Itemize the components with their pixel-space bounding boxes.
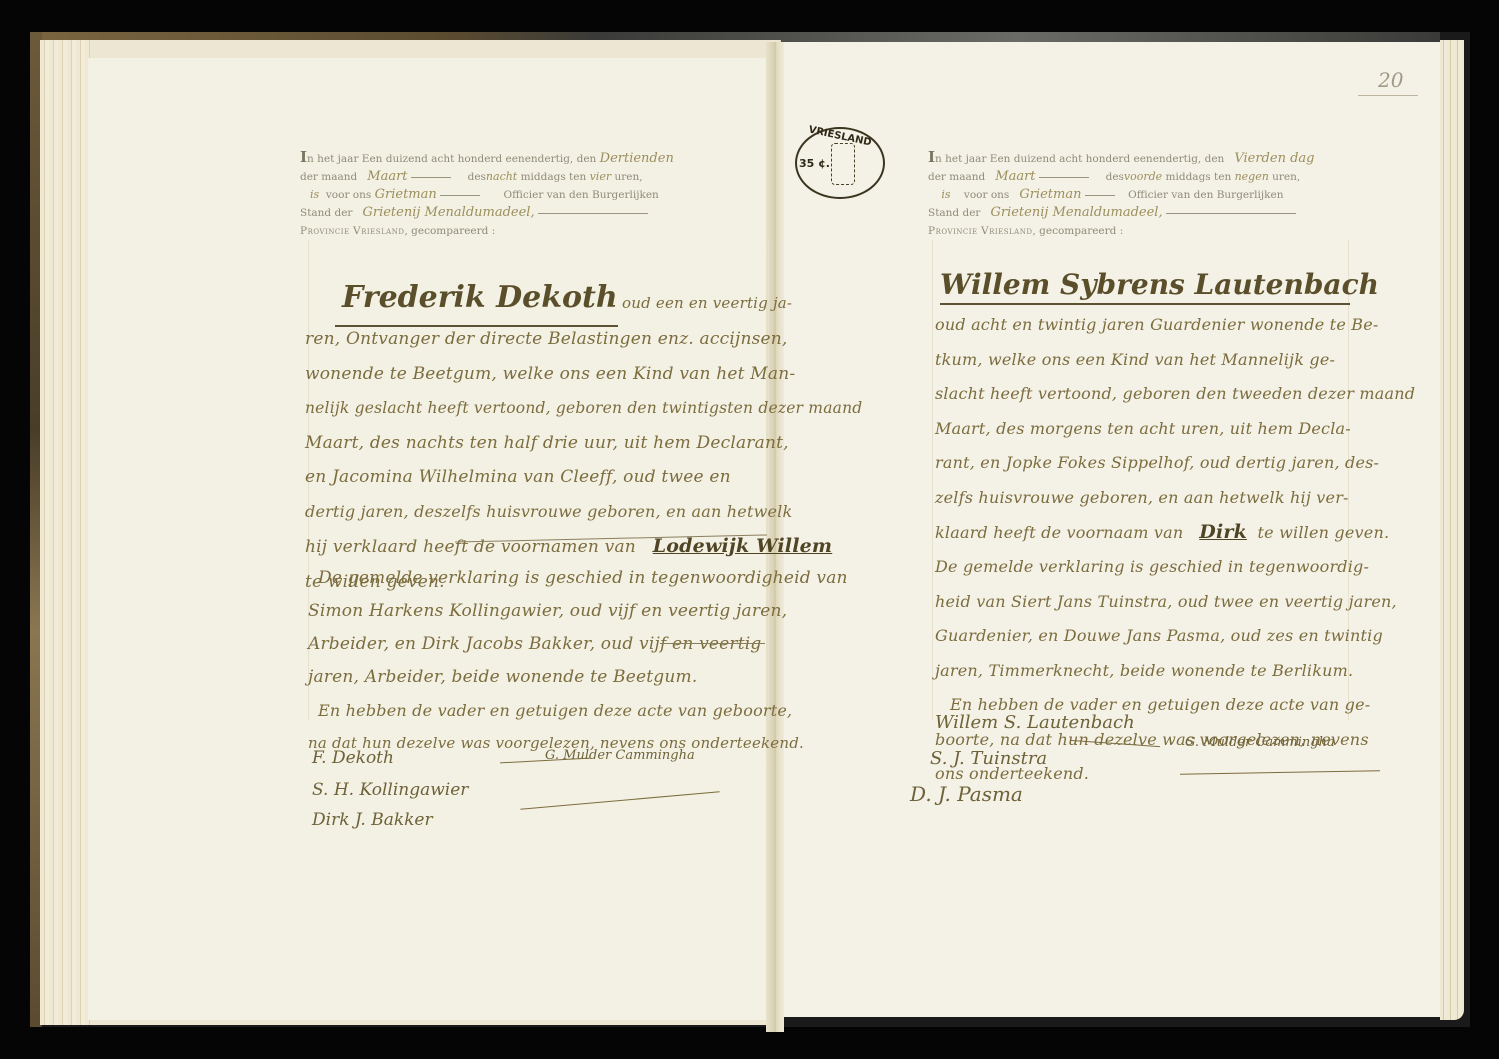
right-child-name: Dirk xyxy=(1199,521,1247,543)
right-form-line-2: der maand Maart desvoorde middags ten ne… xyxy=(928,168,1358,186)
left-officer-title-field: Grietman xyxy=(375,187,437,202)
right-form-header: In het jaar Een duizend acht honderd een… xyxy=(928,148,1358,240)
left-signature-father: F. Dekoth xyxy=(312,748,394,768)
right-officer-title-field: Grietman xyxy=(1019,187,1081,202)
right-official-signature: G. Mulder Cammingha xyxy=(1185,735,1335,750)
left-form-line-3: is voor ons Grietman Officier van den Bu… xyxy=(300,186,740,204)
left-form-line-4: Stand der Grietenij Menaldumadeel, xyxy=(300,204,740,222)
left-signature-witness-2: Dirk J. Bakker xyxy=(312,810,433,830)
right-declarant-underline xyxy=(940,303,1350,305)
left-witness-text: De gemelde verklaring is geschied in teg… xyxy=(318,562,848,760)
right-declarant-name: Willem Sybrens Lautenbach xyxy=(940,268,1379,301)
right-page-stack xyxy=(1440,40,1464,1020)
right-body-text: oud acht en twintig jaren Guardenier won… xyxy=(935,308,1415,551)
left-form-line-1: In het jaar Een duizend acht honderd een… xyxy=(300,148,740,168)
right-month-field: Maart xyxy=(995,169,1035,184)
left-day-field: Dertienden xyxy=(600,151,674,166)
stamp-value-text: 35 ¢. xyxy=(799,157,830,170)
right-signature-father: Willem S. Lautenbach xyxy=(935,712,1135,733)
right-form-line-5: Provincie Vriesland, gecompareerd : xyxy=(928,222,1358,240)
vriesland-tax-stamp: VRIESLAND 35 ¢. xyxy=(795,127,885,199)
right-signature-witness-2: D. J. Pasma xyxy=(910,782,1023,806)
left-declarant-name: Frederik Dekoth xyxy=(342,280,618,315)
left-form-line-2: der maand Maart desnacht middags ten vie… xyxy=(300,168,740,186)
left-signature-witness-1: S. H. Kollingawier xyxy=(312,780,468,800)
left-child-name: Lodewijk Willem xyxy=(653,535,832,557)
left-body-text: ren, Ontvanger der directe Belastingen e… xyxy=(305,322,862,599)
right-municipality-field: Grietenij Menaldumadeel, xyxy=(990,205,1162,220)
right-form-line-1: In het jaar Een duizend acht honderd een… xyxy=(928,148,1358,168)
left-body-line-0: oud een en veertig ja- xyxy=(622,286,792,321)
left-daypart-field: nacht xyxy=(486,170,517,183)
right-frame-line xyxy=(932,240,933,720)
right-form-line-3: is voor ons Grietman Officier van den Bu… xyxy=(928,186,1358,204)
left-official-signature: G. Mulder Cammingha xyxy=(545,748,695,763)
right-form-line-4: Stand der Grietenij Menaldumadeel, xyxy=(928,204,1358,222)
page-number-flourish xyxy=(1358,95,1418,96)
left-form-header: In het jaar Een duizend acht honderd een… xyxy=(300,148,740,240)
left-fill-rule-2 xyxy=(660,643,765,644)
right-day-field: Vierden dag xyxy=(1234,151,1314,166)
stamp-crest-icon xyxy=(831,143,855,185)
right-hour-field: negen xyxy=(1235,170,1269,183)
right-daypart-field: voorde xyxy=(1124,170,1162,183)
left-month-field: Maart xyxy=(367,169,407,184)
left-municipality-field: Grietenij Menaldumadeel, xyxy=(362,205,534,220)
left-hour-field: vier xyxy=(590,170,612,183)
page-number: 20 xyxy=(1378,68,1403,92)
right-signature-witness-1: S. J. Tuinstra xyxy=(930,748,1047,769)
left-form-line-5: Provincie Vriesland, gecompareerd : xyxy=(300,222,740,240)
